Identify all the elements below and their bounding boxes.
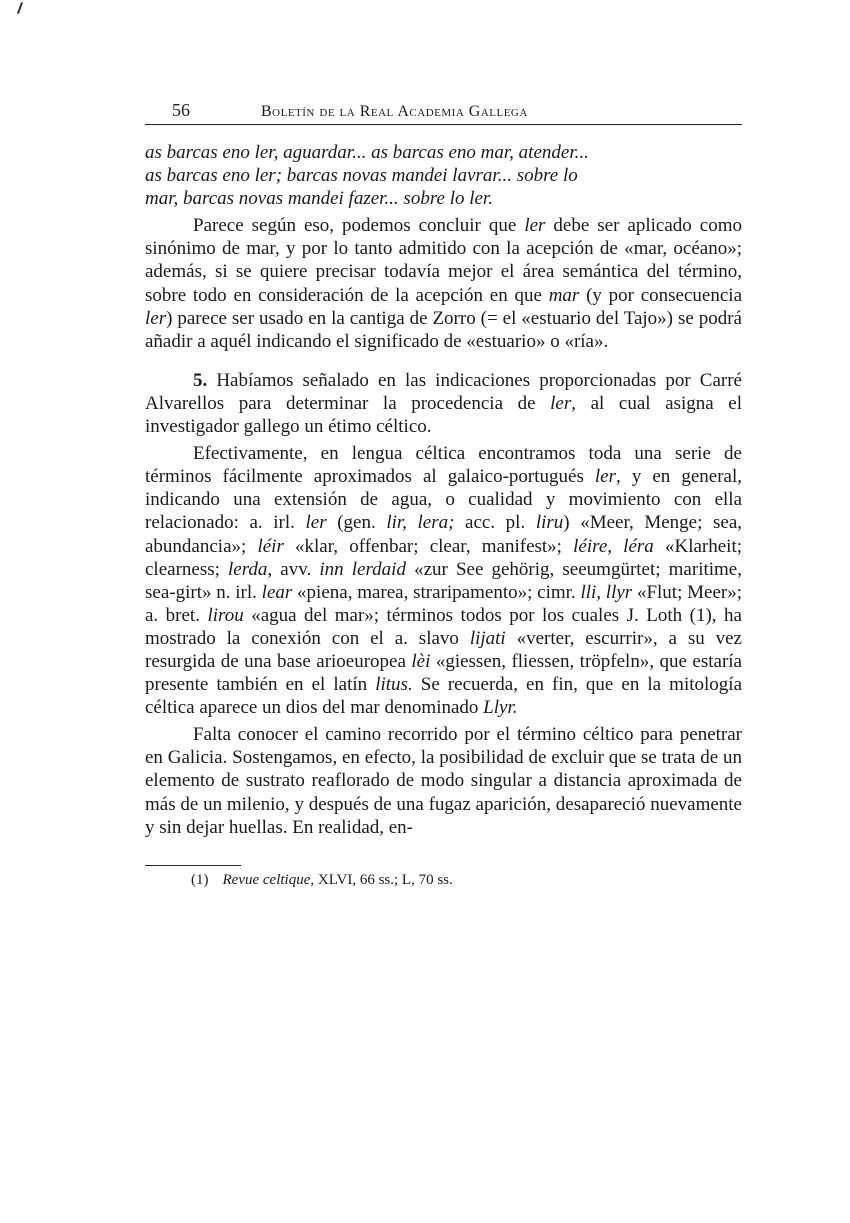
paragraph: Parece según eso, podemos concluir que l… xyxy=(145,214,742,353)
text-run: (y por consecuencia xyxy=(579,285,742,306)
section-number: 5. xyxy=(193,370,216,391)
italic-term: lirou xyxy=(207,605,243,626)
paragraph: Falta conocer el camino recorrido por el… xyxy=(145,723,742,838)
italic-term: lijati xyxy=(470,628,506,649)
italic-term: léire, léra xyxy=(573,536,654,557)
footnote-reference: XLVI, 66 ss.; L, 70 ss. xyxy=(314,872,453,888)
footnote-rule xyxy=(145,865,241,866)
italic-term: inn lerdaid xyxy=(319,559,406,580)
journal-title: Boletín de la Real Academia Gallega xyxy=(205,103,528,121)
text-run: (gen. xyxy=(327,512,387,533)
text-run: avv. xyxy=(272,559,319,580)
document-page: 56 Boletín de la Real Academia Gallega a… xyxy=(145,100,742,889)
italic-term: ler xyxy=(524,215,545,236)
italic-term: ler xyxy=(306,512,327,533)
text-run: acc. pl. xyxy=(454,512,535,533)
footnote-mark: (1) xyxy=(191,872,209,888)
italic-term: léir xyxy=(257,536,283,557)
text-run: Parece según eso, podemos concluir que xyxy=(193,215,524,236)
italic-term: lerda, xyxy=(228,559,272,580)
text-run: Falta conocer el camino recorrido por el… xyxy=(145,724,742,837)
paragraph-section-5: 5. Habíamos señalado en las indicaciones… xyxy=(145,369,742,438)
italic-term: ler xyxy=(145,308,166,329)
italic-term: lir, lera; xyxy=(386,512,454,533)
quote-line: as barcas eno ler; barcas novas mandei l… xyxy=(145,164,742,187)
paragraph: Efectivamente, en lengua céltica encontr… xyxy=(145,442,742,719)
italic-term: mar xyxy=(549,285,580,306)
italic-term: lli, llyr xyxy=(580,582,632,603)
italic-term: lear xyxy=(262,582,293,603)
italic-term: Llyr. xyxy=(483,697,517,718)
verse-quote: as barcas eno ler, aguardar... as barcas… xyxy=(145,141,742,210)
footnote: (1)Revue celtique, XLVI, 66 ss.; L, 70 s… xyxy=(145,872,742,889)
page-number: 56 xyxy=(145,100,205,121)
text-run: «klar, offenbar; clear, manifest»; xyxy=(284,536,573,557)
quote-line: as barcas eno ler, aguardar... as barcas… xyxy=(145,141,742,164)
italic-term: ler xyxy=(595,466,616,487)
italic-term: litus. xyxy=(375,674,412,695)
text-run: ) parece ser usado en la cantiga de Zorr… xyxy=(145,308,742,352)
italic-term: liru xyxy=(536,512,563,533)
body-text: as barcas eno ler, aguardar... as barcas… xyxy=(145,141,742,839)
running-head: 56 Boletín de la Real Academia Gallega xyxy=(145,100,742,125)
footnote-source-title: Revue celtique, xyxy=(223,872,315,888)
quote-line: mar, barcas novas mandei fazer... sobre … xyxy=(145,187,742,210)
italic-term: ler xyxy=(550,393,571,414)
italic-term: lèi xyxy=(411,651,430,672)
scan-corner-mark xyxy=(17,2,23,14)
text-run: «piena, marea, straripamento»; cimr. xyxy=(292,582,580,603)
